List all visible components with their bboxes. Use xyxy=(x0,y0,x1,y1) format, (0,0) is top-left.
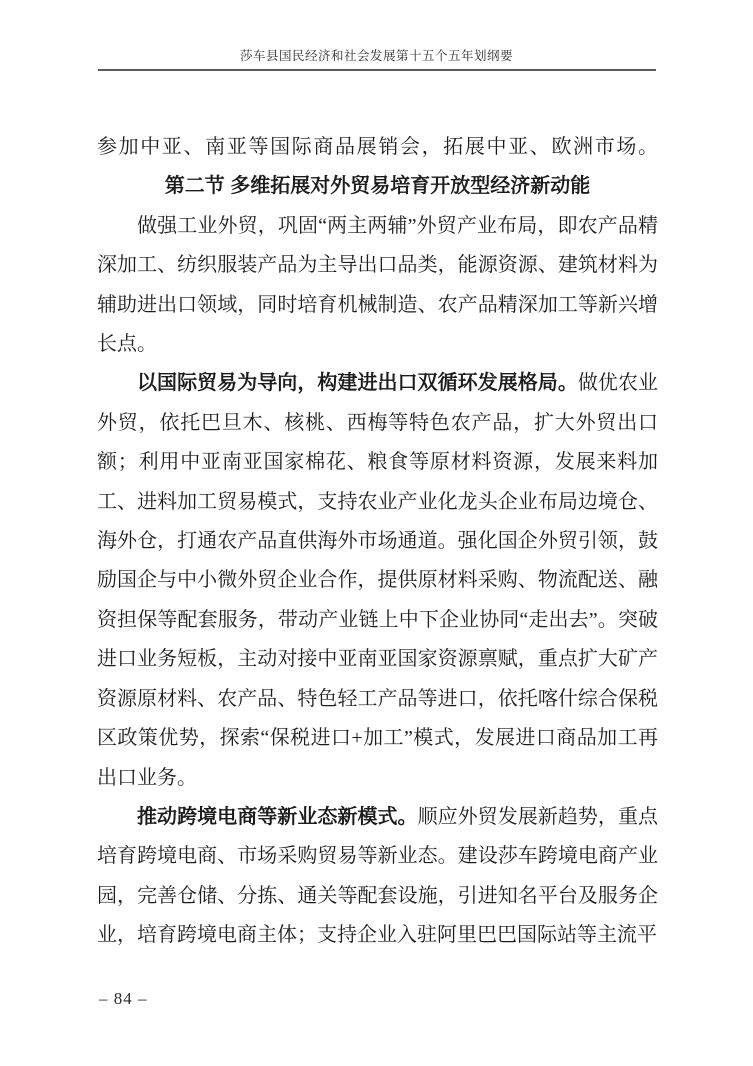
paragraph-text: 做强工业外贸，巩固“两主两辅”外贸产业布局，即农产品精深加工、纺织服装产品为主导… xyxy=(97,215,658,355)
paragraph: 推动跨境电商等新业态新模式。顺应外贸发展新趋势，重点培育跨境电商、市场采购贸易等… xyxy=(97,798,658,956)
document-page: 莎车县国民经济和社会发展第十五个五年划纲要 参加中亚、南亚等国际商品展销会，拓展… xyxy=(0,0,753,1066)
document-body: 参加中亚、南亚等国际商品展销会，拓展中亚、欧洲市场。 第二节 多维拓展对外贸易培… xyxy=(97,128,658,956)
section-heading: 第二节 多维拓展对外贸易培育开放型经济新动能 xyxy=(97,167,658,206)
paragraph-bold-lead: 推动跨境电商等新业态新模式。 xyxy=(137,806,418,828)
paragraphs-container: 做强工业外贸，巩固“两主两辅”外贸产业布局，即农产品精深加工、纺织服装产品为主导… xyxy=(97,207,658,956)
header-divider-rule xyxy=(98,69,656,71)
page-header-title: 莎车县国民经济和社会发展第十五个五年划纲要 xyxy=(0,48,753,64)
footer-page-number: – 84 – xyxy=(99,989,148,1009)
paragraph-continuation: 参加中亚、南亚等国际商品展销会，拓展中亚、欧洲市场。 xyxy=(97,128,658,167)
paragraph-bold-lead: 以国际贸易为导向，构建进出口双循环发展格局。 xyxy=(137,372,578,394)
paragraph: 以国际贸易为导向，构建进出口双循环发展格局。做优农业外贸，依托巴旦木、核桃、西梅… xyxy=(97,364,658,797)
paragraph-text: 做优农业外贸，依托巴旦木、核桃、西梅等特色农产品，扩大外贸出口额；利用中亚南亚国… xyxy=(97,372,658,788)
paragraph: 做强工业外贸，巩固“两主两辅”外贸产业布局，即农产品精深加工、纺织服装产品为主导… xyxy=(97,207,658,365)
